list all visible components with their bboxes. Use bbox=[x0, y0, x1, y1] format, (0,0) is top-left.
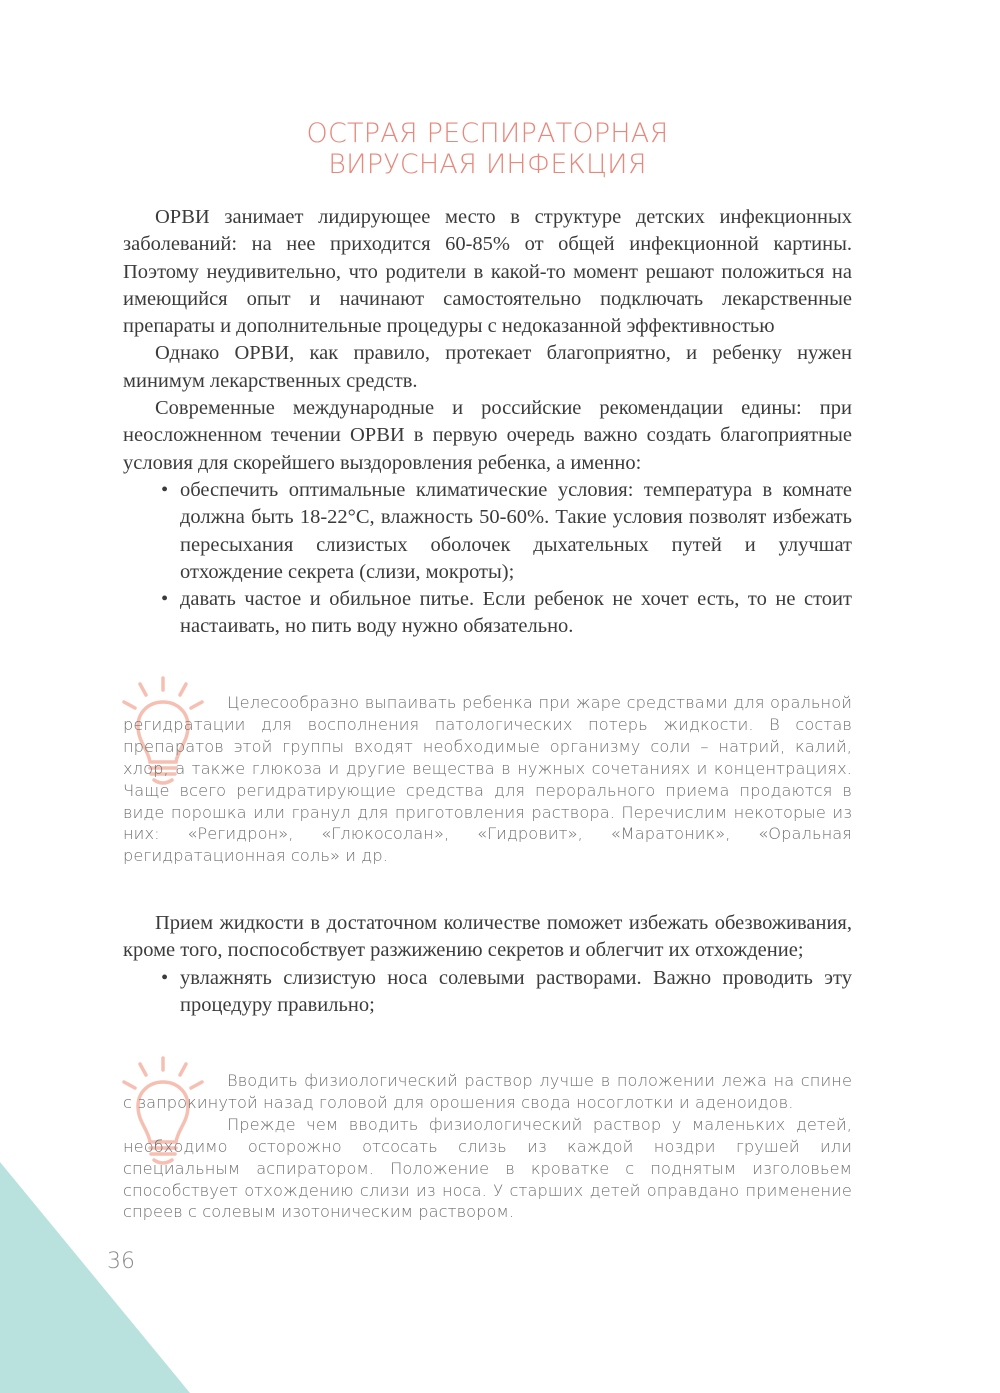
bullet-list: • обеспечить оптимальные климатические у… bbox=[123, 477, 852, 641]
list-item-text: увлажнять слизистую носа солевыми раство… bbox=[180, 967, 852, 1016]
page-title-line-1: ОСТРАЯ РЕСПИРАТОРНАЯ bbox=[0, 118, 975, 149]
bullet-list: • увлажнять слизистую носа солевыми раст… bbox=[123, 965, 852, 1020]
paragraph: Современные международные и российские р… bbox=[123, 395, 852, 477]
list-item-text: давать частое и обильное питье. Если реб… bbox=[180, 588, 852, 637]
page-title: ОСТРАЯ РЕСПИРАТОРНАЯ ВИРУСНАЯ ИНФЕКЦИЯ bbox=[0, 118, 975, 180]
page-title-line-2: ВИРУСНАЯ ИНФЕКЦИЯ bbox=[0, 149, 975, 180]
callout-tip-rehydration: Целесообразно выпаивать ребенка при жаре… bbox=[123, 692, 852, 867]
callout-tip-saline: Вводить физиологический раствор лучше в … bbox=[123, 1070, 852, 1223]
bullet-icon: • bbox=[161, 477, 168, 504]
callout-paragraph: Целесообразно выпаивать ребенка при жаре… bbox=[123, 692, 852, 867]
list-item: • увлажнять слизистую носа солевыми раст… bbox=[123, 965, 852, 1020]
list-item: • давать частое и обильное питье. Если р… bbox=[123, 586, 852, 641]
body-section-1: ОРВИ занимает лидирующее место в структу… bbox=[123, 204, 852, 641]
callout-paragraph: Прежде чем вводить физиологический раств… bbox=[123, 1114, 852, 1224]
page-number: 36 bbox=[107, 1249, 135, 1274]
paragraph: Прием жидкости в достаточном количестве … bbox=[123, 910, 852, 965]
paragraph: ОРВИ занимает лидирующее место в структу… bbox=[123, 204, 852, 340]
list-item-text: обеспечить оптимальные климатические усл… bbox=[180, 479, 852, 583]
bullet-icon: • bbox=[161, 965, 168, 992]
callout-paragraph: Вводить физиологический раствор лучше в … bbox=[123, 1070, 852, 1114]
list-item: • обеспечить оптимальные климатические у… bbox=[123, 477, 852, 586]
body-section-2: Прием жидкости в достаточном количестве … bbox=[123, 910, 852, 1019]
bullet-icon: • bbox=[161, 586, 168, 613]
paragraph: Однако ОРВИ, как правило, протекает благ… bbox=[123, 340, 852, 395]
